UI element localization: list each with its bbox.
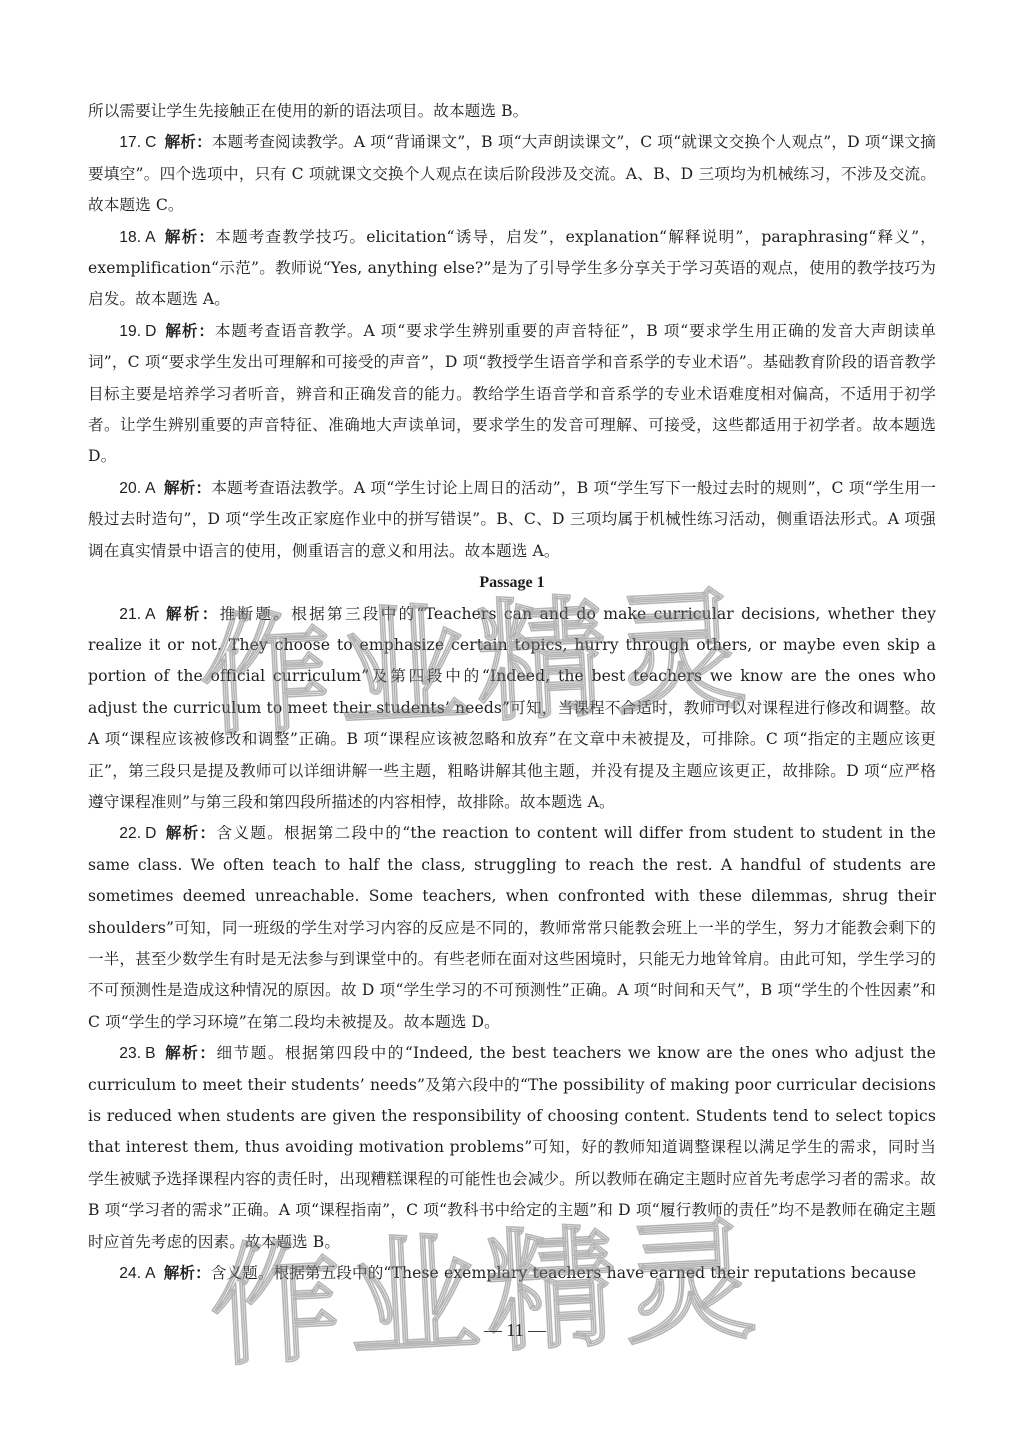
analysis-label: 解析：: [164, 479, 212, 497]
answer-item-23: 23.B解析：细节题。根据第四段中的“Indeed, the best teac…: [88, 1038, 936, 1258]
question-number: 21.: [119, 606, 141, 623]
answer-letter: A: [145, 229, 156, 246]
answer-item-19: 19.D解析：本题考查语音教学。A 项“要求学生辨别重要的声音特征”，B 项“要…: [88, 316, 936, 473]
analysis-text: 推断题。根据第三段中的“Teachers can and do make cur…: [88, 605, 936, 811]
answer-item-24: 24.A解析：含义题。根据第五段中的“These exemplary teach…: [88, 1258, 936, 1289]
question-number: 18.: [119, 229, 141, 246]
analysis-text: 含义题。根据第五段中的“These exemplary teachers hav…: [211, 1264, 916, 1282]
analysis-text: 细节题。根据第四段中的“Indeed, the best teachers we…: [88, 1044, 936, 1250]
answer-letter: A: [145, 606, 156, 623]
analysis-label: 解析：: [165, 322, 215, 340]
analysis-text: 本题考查语法教学。A 项“学生讨论上周日的活动”，B 项“学生写下一般过去时的规…: [88, 479, 936, 560]
page-number: — 11 —: [0, 1320, 1030, 1341]
analysis-text: 本题考查阅读教学。A 项“背诵课文”，B 项“大声朗读课文”，C 项“就课文交换…: [88, 133, 936, 214]
answer-letter: C: [145, 134, 156, 151]
continuation-text: 所以需要让学生先接触正在使用的新的语法项目。故本题选 B。: [88, 96, 936, 127]
question-number: 22.: [119, 825, 141, 842]
question-number: 24.: [119, 1265, 141, 1282]
analysis-label: 解析：: [164, 1044, 217, 1062]
answer-letter: B: [145, 1045, 156, 1062]
analysis-text: 含义题。根据第二段中的“the reaction to content will…: [88, 824, 936, 1030]
answer-item-22: 22.D解析：含义题。根据第二段中的“the reaction to conte…: [88, 818, 936, 1038]
answer-letter: D: [145, 323, 156, 340]
question-number: 20.: [119, 480, 141, 497]
answer-letter: A: [145, 1265, 156, 1282]
analysis-label: 解析：: [165, 133, 212, 151]
answer-item-20: 20.A解析：本题考查语法教学。A 项“学生讨论上周日的活动”，B 项“学生写下…: [88, 473, 936, 567]
analysis-label: 解析：: [164, 1264, 211, 1282]
answer-letter: D: [145, 825, 156, 842]
analysis-label: 解析：: [164, 605, 220, 623]
document-page: 所以需要让学生先接触正在使用的新的语法项目。故本题选 B。 17.C解析：本题考…: [88, 96, 936, 1289]
answer-item-17: 17.C解析：本题考查阅读教学。A 项“背诵课文”，B 项“大声朗读课文”，C …: [88, 127, 936, 221]
answer-item-21: 21.A解析：推断题。根据第三段中的“Teachers can and do m…: [88, 599, 936, 819]
question-number: 19.: [119, 323, 141, 340]
analysis-text: 本题考查教学技巧。elicitation“诱导，启发”，explanation“…: [88, 228, 936, 309]
answer-letter: A: [145, 480, 156, 497]
analysis-label: 解析：: [164, 228, 215, 246]
analysis-text: 本题考查语音教学。A 项“要求学生辨别重要的声音特征”，B 项“要求学生用正确的…: [88, 322, 936, 466]
question-number: 17.: [119, 134, 141, 151]
question-number: 23.: [119, 1045, 141, 1062]
analysis-label: 解析：: [165, 824, 217, 842]
passage-heading: Passage 1: [88, 567, 936, 598]
answer-item-18: 18.A解析：本题考查教学技巧。elicitation“诱导，启发”，expla…: [88, 222, 936, 316]
